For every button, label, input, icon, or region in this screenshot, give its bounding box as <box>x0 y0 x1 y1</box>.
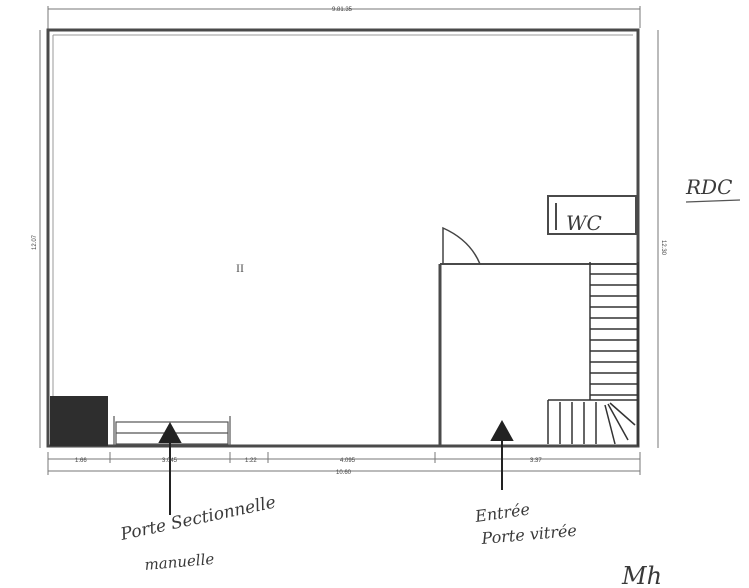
dim-seg-4: 4.095 <box>340 458 356 464</box>
dim-bottom-total: 10.60 <box>336 470 352 476</box>
dim-top: 9.81.35 <box>332 7 353 13</box>
dim-seg-2: 3.045 <box>162 458 178 464</box>
garage-door-arrow <box>160 424 180 515</box>
dim-seg-3: 1.22 <box>245 458 257 464</box>
level-label: RDC <box>685 175 732 199</box>
entrance-arrow <box>492 422 512 490</box>
entrance-note-2: Porte vitrée <box>480 521 578 548</box>
staircase <box>548 262 638 446</box>
walls <box>48 30 638 446</box>
dim-seg-1: 1.66 <box>75 458 87 464</box>
dim-seg-5: 3.37 <box>530 458 542 464</box>
floor-plan: 9.81.35 12.07 12.30 1.66 3.045 1.22 4.09… <box>0 0 749 588</box>
wc-label: WC <box>566 211 602 235</box>
dim-right: 12.30 <box>660 240 666 256</box>
technical-block <box>50 396 108 446</box>
room-marker: II <box>236 261 244 275</box>
door-swing <box>443 228 480 264</box>
dim-left: 12.07 <box>32 234 38 250</box>
signature: Mh <box>621 562 662 588</box>
garage-door-note-2: manuelle <box>144 550 215 574</box>
entrance-note-1: Entrée <box>473 499 531 526</box>
dimension-lines <box>40 6 658 475</box>
garage-door-note-1: Porte Sectionnelle <box>118 492 278 545</box>
